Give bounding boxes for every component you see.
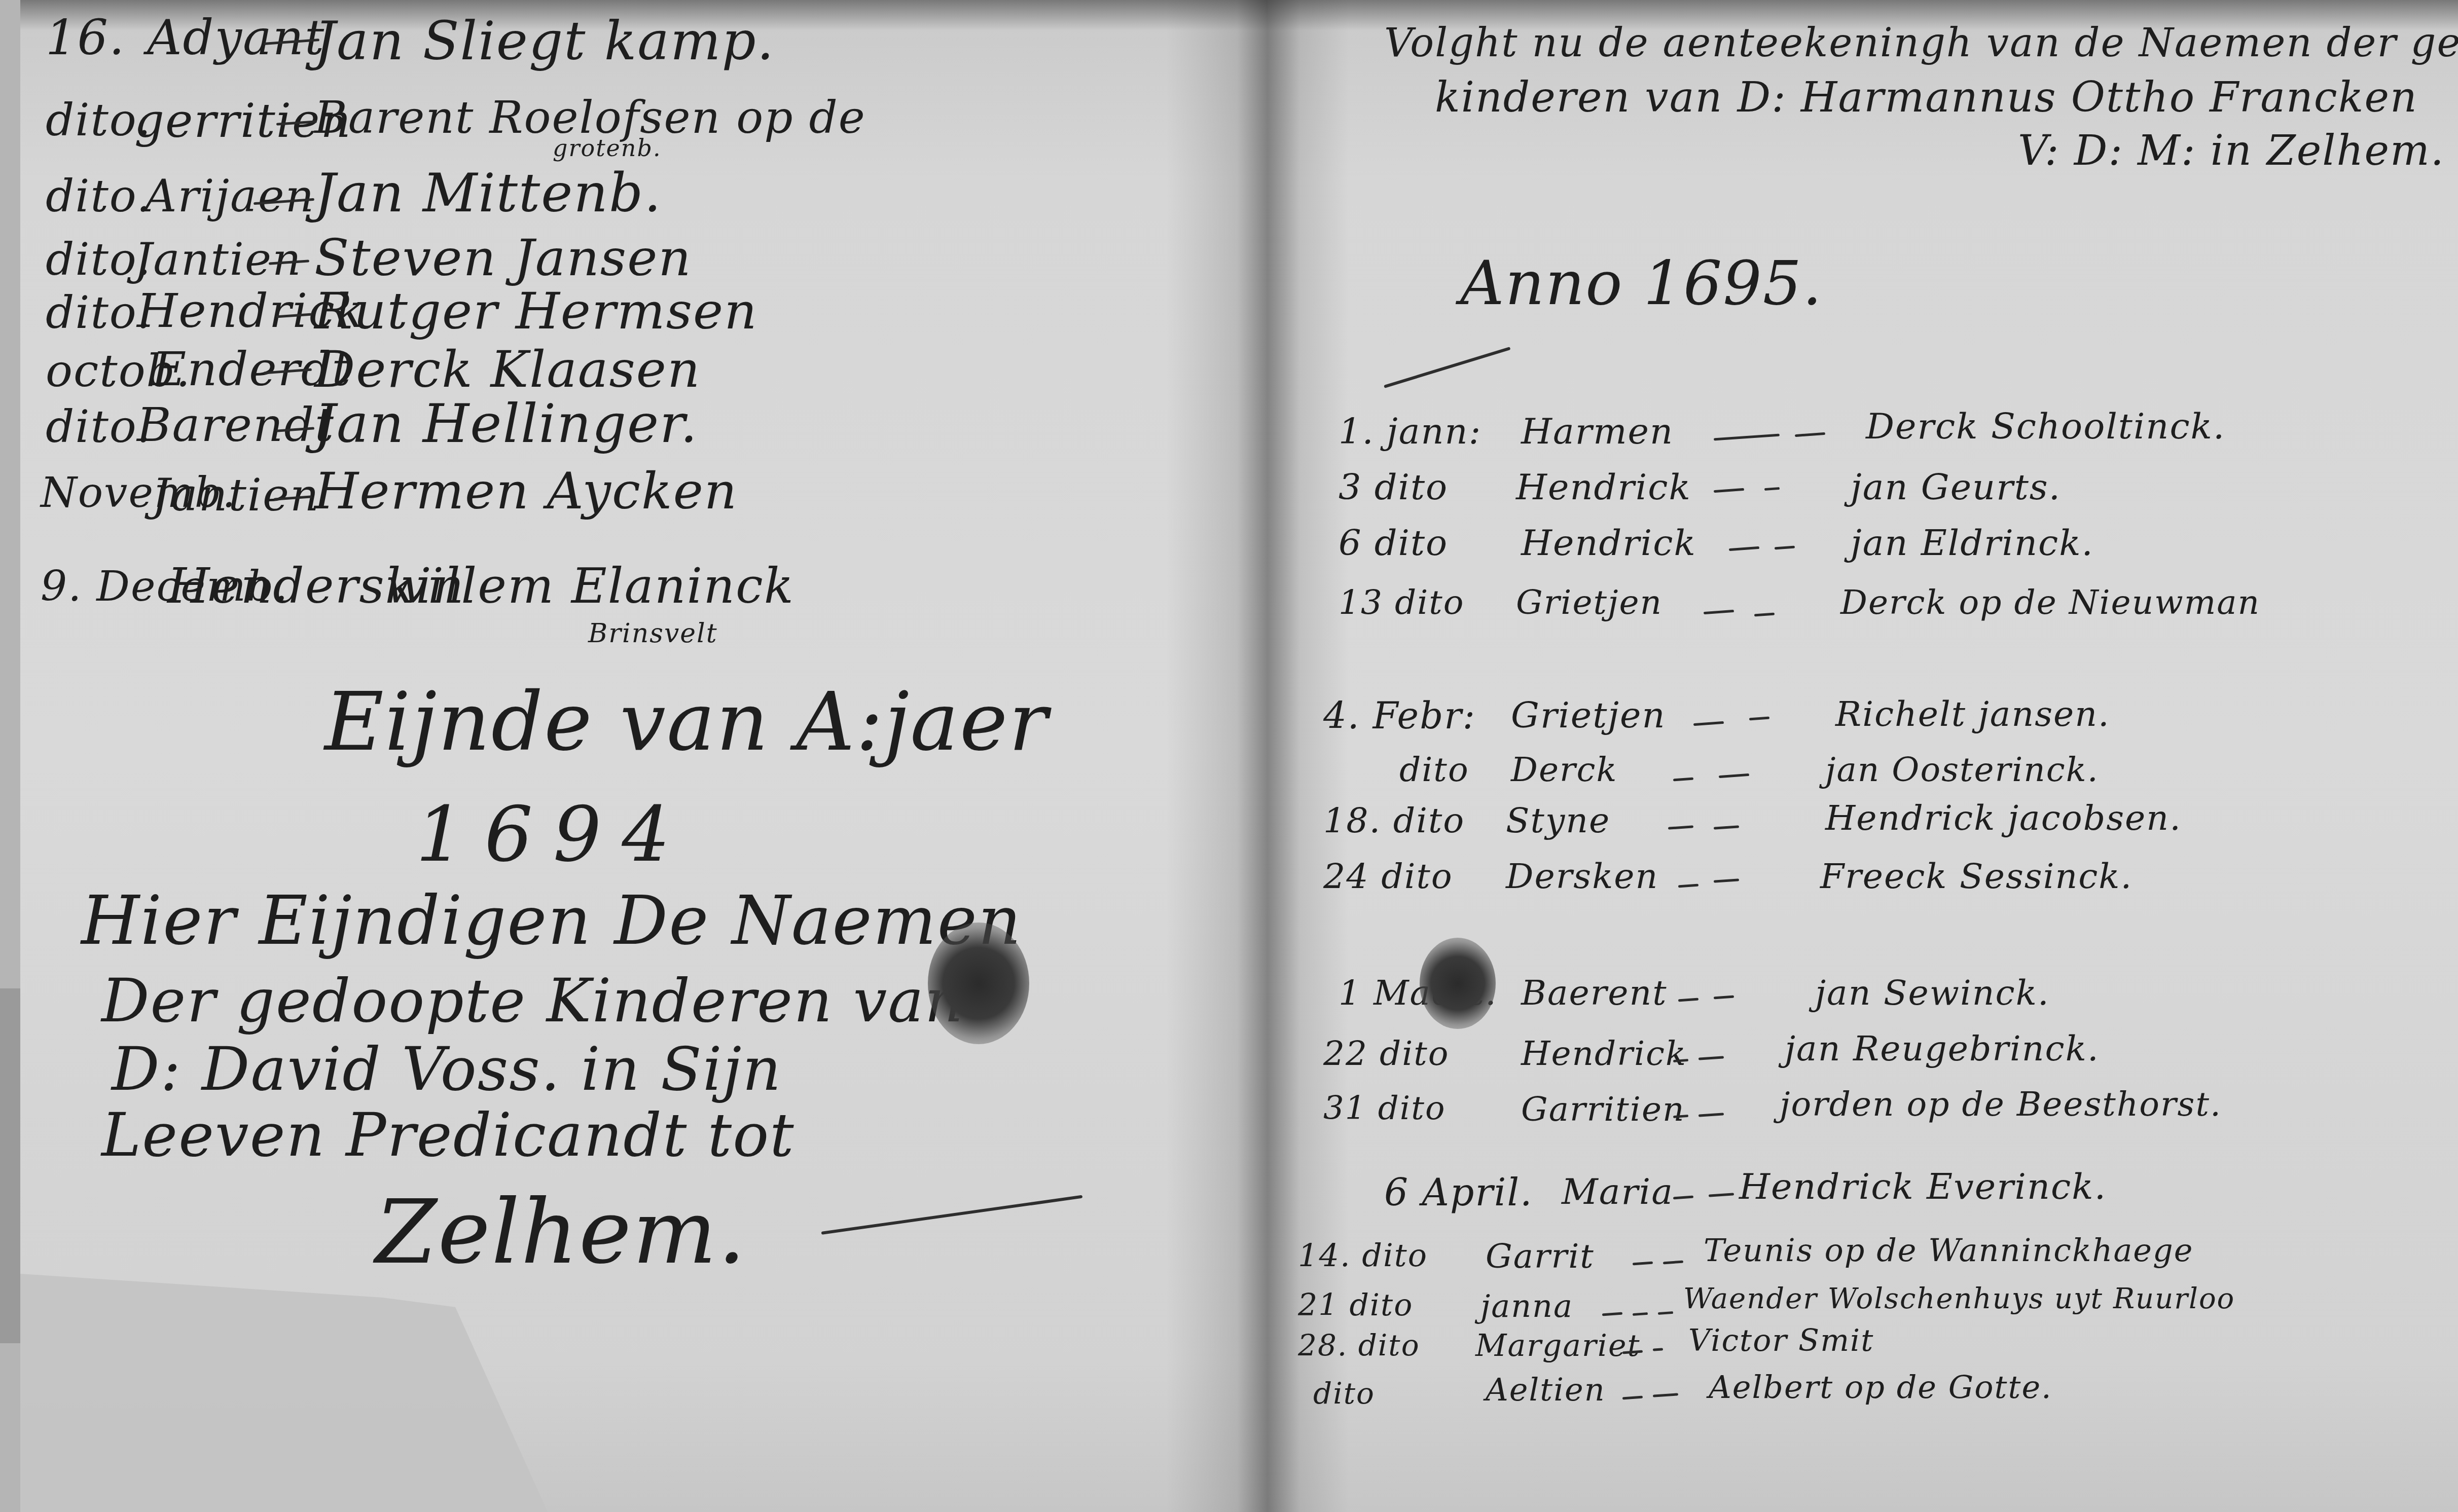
closing-line-4: Der gedoopte Kinderen van — [101, 966, 964, 1036]
dash-separator — [1764, 487, 1780, 491]
entry-child: Harmen — [1521, 411, 1674, 452]
entry-date: dito — [1313, 1376, 1375, 1411]
dash-separator — [1714, 488, 1744, 493]
entry-child: Hendrick — [1521, 522, 1696, 564]
dash-separator — [1622, 1396, 1643, 1400]
entry-child: Baerent — [1521, 973, 1668, 1013]
entry-child: Margariet — [1475, 1328, 1641, 1363]
entry-father: jan Oosterinck. — [1825, 750, 2099, 789]
dash-separator — [1673, 1196, 1693, 1200]
entry-child: Aeltien — [1486, 1371, 1606, 1408]
entry-date: 24 dito — [1323, 857, 1453, 897]
dash-separator — [1663, 1261, 1683, 1265]
entry-child: Hendrick — [1521, 1034, 1687, 1073]
flourish-stroke — [821, 1195, 1083, 1235]
dash-separator — [1653, 1393, 1678, 1397]
closing-line-6: Leeven Predicandt tot — [101, 1100, 795, 1170]
dash-separator — [1714, 995, 1734, 1000]
year-underline — [1384, 347, 1510, 388]
entry-date: 14. dito — [1298, 1237, 1428, 1274]
entry-date: 4. Febr: — [1323, 694, 1476, 737]
end-of-year-text: Eijnde van A:jaer — [324, 674, 1049, 769]
dash-separator — [1678, 998, 1698, 1002]
entry-father: Jan Sliegt kamp. — [314, 10, 775, 72]
entry-father: jan Geurts. — [1851, 466, 2061, 508]
entry-date: 13 dito — [1339, 583, 1465, 622]
heading-line-2: kinderen van D: Harmannus Ottho Francken — [1435, 73, 2418, 122]
entry-date: 21 dito — [1298, 1287, 1413, 1323]
entry-date: 28. dito — [1298, 1328, 1420, 1362]
heading-line-3: V: D: M: in Zelhem. — [2018, 127, 2445, 175]
entry-date: 31 dito — [1323, 1090, 1445, 1127]
right-page: Volght nu de aenteekeningh van de Naemen… — [1268, 0, 2458, 1512]
entry-father: willem Elaninck — [385, 558, 794, 614]
entry-date: 6 April. — [1384, 1171, 1533, 1214]
closing-line-5: D: David Voss. in Sijn — [112, 1034, 782, 1104]
entry-child: Garritien — [1521, 1090, 1685, 1129]
dash-separator — [1795, 432, 1825, 437]
heading-line-1: Volght nu de aenteekeningh van de Naemen… — [1384, 20, 2458, 66]
dash-separator — [1749, 717, 1769, 721]
entry-child: Maria — [1562, 1171, 1674, 1212]
dash-separator — [1729, 546, 1759, 551]
closing-place-name: Zelhem. — [375, 1181, 747, 1284]
entry-father: Aelbert op de Gotte. — [1709, 1369, 2052, 1406]
entry-father: Freeck Sessinck. — [1820, 857, 2132, 897]
entry-father: jan Eldrinck. — [1851, 522, 2094, 564]
entry-child: Dersken — [1506, 857, 1658, 897]
entry-date: 3 dito — [1339, 466, 1448, 508]
entry-father: Hermen Aycken — [314, 461, 738, 521]
entry-father: jan Sewinck. — [1815, 973, 2050, 1013]
entry-father: Derck op de Nieuwman — [1840, 583, 2260, 622]
entry-date: 6 dito — [1339, 522, 1448, 564]
dash-separator — [1714, 433, 1780, 440]
entry-child: Arijaen — [144, 170, 315, 222]
entry-date: 18. dito — [1323, 801, 1465, 841]
entry-father: Derck Klaasen — [314, 340, 701, 399]
entry-date: dito. — [46, 400, 152, 453]
dash-separator — [1673, 778, 1693, 782]
ink-blot — [928, 923, 1029, 1044]
entry-father: Hendrick jacobsen. — [1825, 798, 2182, 838]
entry-father: jan Reugebrinck. — [1785, 1029, 2100, 1069]
entry-father: Waender Wolschenhuys uyt Ruurloo — [1683, 1282, 2235, 1315]
repair-paper-patch — [20, 1274, 679, 1512]
dash-separator — [1633, 1312, 1648, 1316]
entry-child: Garrit — [1486, 1237, 1595, 1276]
dash-separator — [1633, 1262, 1653, 1266]
entry-father: Derck Schooltinck. — [1866, 405, 2225, 447]
entry-father: Jan Hellinger. — [314, 393, 698, 455]
dash-separator — [1704, 610, 1734, 614]
entry-child: Adyant — [147, 10, 325, 66]
entry-child: Jantien — [152, 469, 320, 521]
entry-child: Barendt — [137, 398, 335, 452]
dash-separator — [1698, 1113, 1724, 1117]
dash-separator — [1698, 1056, 1724, 1060]
closing-line-3: Hier Eijndigen De Naemen — [81, 882, 1022, 960]
entry-date: 16. — [46, 10, 125, 66]
dash-separator — [1714, 825, 1739, 829]
dash-separator — [1693, 721, 1724, 726]
dash-separator — [1709, 1193, 1734, 1197]
entry-child: Hendrick — [1516, 466, 1691, 508]
entry-father: Teunis op de Wanninckhaege — [1704, 1232, 2193, 1269]
dash-separator — [1678, 884, 1698, 888]
entry-note: grotenb. — [553, 134, 662, 162]
entry-date: 22 dito — [1323, 1034, 1450, 1073]
left-page: 16. Adyant Jan Sliegt kamp. dito. gerrit… — [0, 0, 1268, 1512]
entry-father: Steven Jansen — [314, 228, 692, 287]
register-spread: 16. Adyant Jan Sliegt kamp. dito. gerrit… — [0, 0, 2458, 1512]
dash-separator — [1754, 613, 1775, 617]
year-heading: Anno 1695. — [1460, 248, 1823, 319]
entry-date: dito. — [46, 286, 152, 339]
dash-separator — [1775, 546, 1795, 550]
entry-father: Richelt jansen. — [1835, 694, 2110, 734]
ink-blot — [1420, 938, 1496, 1029]
entry-child: Styne — [1506, 801, 1610, 841]
entry-father: Rutger Hermsen — [314, 281, 758, 341]
entry-child: Grietjen — [1516, 583, 1662, 622]
entry-date: 1. jann: — [1339, 411, 1481, 452]
entry-father: Hendrick Everinck. — [1739, 1166, 2107, 1207]
entry-father: Victor Smit — [1688, 1323, 1874, 1358]
entry-child: janna — [1480, 1287, 1573, 1324]
dash-separator — [1714, 878, 1739, 882]
entry-note: Brinsvelt — [588, 618, 718, 649]
entry-father: Jan Mittenb. — [314, 162, 662, 224]
dash-separator — [1673, 1115, 1688, 1118]
dash-separator — [1653, 1348, 1663, 1351]
entry-father: jorden op de Beesthorst. — [1780, 1085, 2222, 1124]
dash-separator — [1658, 1311, 1673, 1315]
entry-child: Jantien — [134, 233, 302, 285]
entry-date: dito — [1399, 750, 1469, 789]
dash-separator — [1668, 825, 1693, 829]
entry-child: Grietjen — [1511, 694, 1666, 736]
dash-separator — [1602, 1312, 1622, 1316]
end-year-number: 1694 — [416, 791, 691, 879]
entry-child: Derck — [1511, 750, 1617, 789]
entry-date: dito. — [46, 170, 152, 222]
dash-separator — [1719, 773, 1749, 778]
repair-tape-edge — [0, 988, 20, 1343]
